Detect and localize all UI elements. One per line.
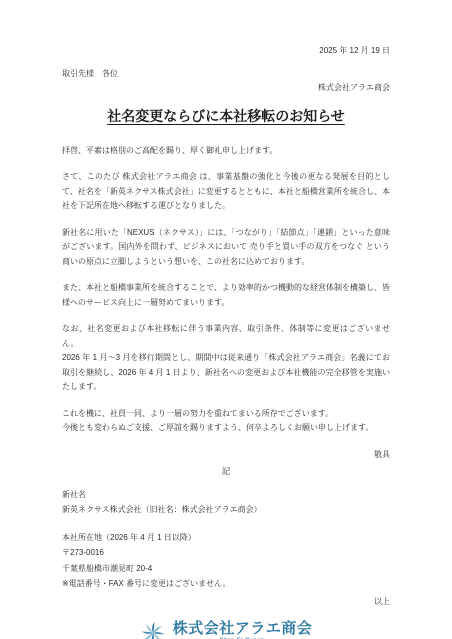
paragraph-name-meaning: 新社名に用いた「NEXUS（ネクサス）」には、「つながり」「結節点」「連鎖」とい… (62, 226, 390, 270)
logo-company-name: 株式会社アラエ商会 (173, 620, 313, 637)
paragraph-transition-schedule: なお、社名変更および本社移転に伴う事業内容、取引条件、体制等に変更はございません… (62, 322, 390, 395)
closing-keigu: 敬具 (62, 448, 390, 463)
postal-code: 〒273-0016 (62, 545, 390, 561)
company-logo: 株式会社アラエ商会 Shin-Ei Group (62, 620, 390, 639)
document-date: 2025 年 12 月 19 日 (62, 44, 390, 59)
notice-letter-page: 2025 年 12 月 19 日 取引先様 各位 株式会社アラエ商会 社名変更な… (0, 0, 452, 639)
sender-company: 株式会社アラエ商会 (62, 81, 390, 96)
paragraph-integration: また、本社と船橋事業所を統合することで、より効率的かつ機動的な経営体制を構築し、… (62, 281, 390, 310)
paragraph-announcement: さて、このたび 株式会社アラエ商会 は、事業基盤の強化と今後の更なる発展を目的と… (62, 170, 390, 214)
new-company-name-value: 新英ネクサス株式会社（旧社名：株式会社アラエ商会） (62, 502, 390, 518)
record-marker: 記 (62, 464, 390, 479)
paragraph-closing-remarks: これを機に、社員一同、より一層の努力を重ねてまいる所存でございます。 今後とも変… (62, 407, 390, 436)
paragraph-greeting: 拝啓、平素は格別のご高配を賜り、厚く御礼申し上げます。 (62, 144, 390, 159)
recipient-line: 取引先様 各位 (62, 67, 390, 82)
new-company-name-label: 新社名 (62, 487, 390, 503)
end-marker-ijou: 以上 (62, 595, 390, 610)
head-office-address-label: 本社所在地（2026 年 4 月 1 日以降） (62, 530, 390, 546)
head-office-address: 千葉県船橋市潮見町 20-4 (62, 561, 390, 577)
phone-fax-note: ※電話番号・FAX 番号に変更はございません。 (62, 576, 390, 592)
document-title: 社名変更ならびに本社移転のお知らせ (62, 106, 390, 126)
pinwheel-logo-icon (140, 620, 166, 639)
